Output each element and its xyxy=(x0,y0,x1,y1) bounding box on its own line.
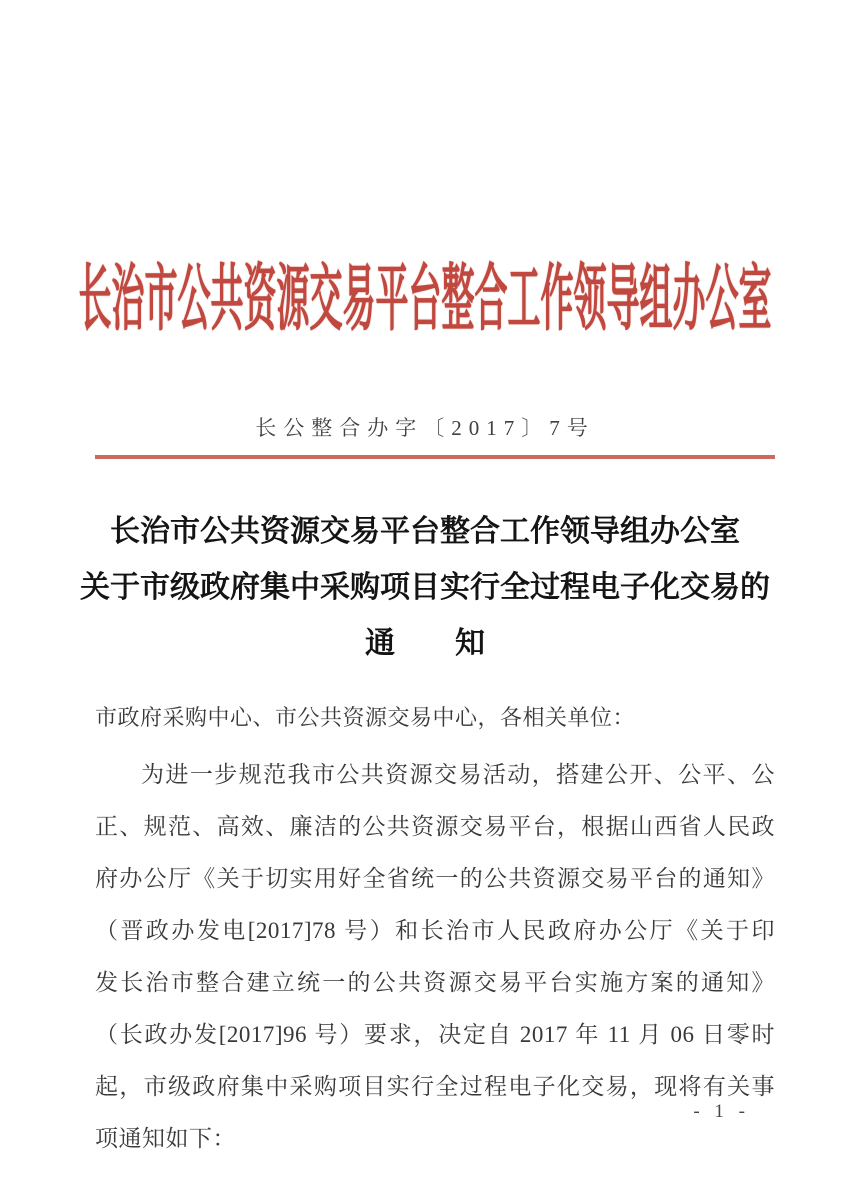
paragraph-line: 正、规范、高效、廉洁的公共资源交易平台，根据山西省人民政 xyxy=(95,801,775,853)
body-paragraph: 为进一步规范我市公共资源交易活动，搭建公开、公平、公 正、规范、高效、廉洁的公共… xyxy=(95,749,775,1165)
salutation-line: 市政府采购中心、市公共资源交易中心，各相关单位： xyxy=(95,692,785,744)
red-divider-line xyxy=(95,455,775,459)
document-number: 长公整合办字〔2017〕7号 xyxy=(0,412,850,442)
paragraph-line: 起，市级政府集中采购项目实行全过程电子化交易，现将有关事 xyxy=(95,1061,775,1113)
paragraph-line: 发长治市整合建立统一的公共资源交易平台实施方案的通知》 xyxy=(95,957,775,1009)
paragraph-line: 项通知如下： xyxy=(95,1113,775,1165)
org-banner-title: 长治市公共资源交易平台整合工作领导组办公室 xyxy=(72,242,778,345)
title-line-2: 关于市级政府集中采购项目实行全过程电子化交易的 xyxy=(75,560,775,616)
title-line-3: 通 知 xyxy=(75,616,775,672)
paragraph-line: 为进一步规范我市公共资源交易活动，搭建公开、公平、公 xyxy=(95,749,775,801)
paragraph-line: （晋政办发电[2017]78 号）和长治市人民政府办公厅《关于印 xyxy=(95,905,775,957)
document-title: 长治市公共资源交易平台整合工作领导组办公室 关于市级政府集中采购项目实行全过程电… xyxy=(75,504,775,672)
paragraph-line: （长政办发[2017]96 号）要求，决定自 2017 年 11 月 06 日零… xyxy=(95,1009,775,1061)
page-number: - 1 - xyxy=(693,1101,750,1123)
title-line-1: 长治市公共资源交易平台整合工作领导组办公室 xyxy=(75,504,775,560)
document-page: 长治市公共资源交易平台整合工作领导组办公室 长公整合办字〔2017〕7号 长治市… xyxy=(0,0,850,1202)
paragraph-line: 府办公厅《关于切实用好全省统一的公共资源交易平台的通知》 xyxy=(95,853,775,905)
